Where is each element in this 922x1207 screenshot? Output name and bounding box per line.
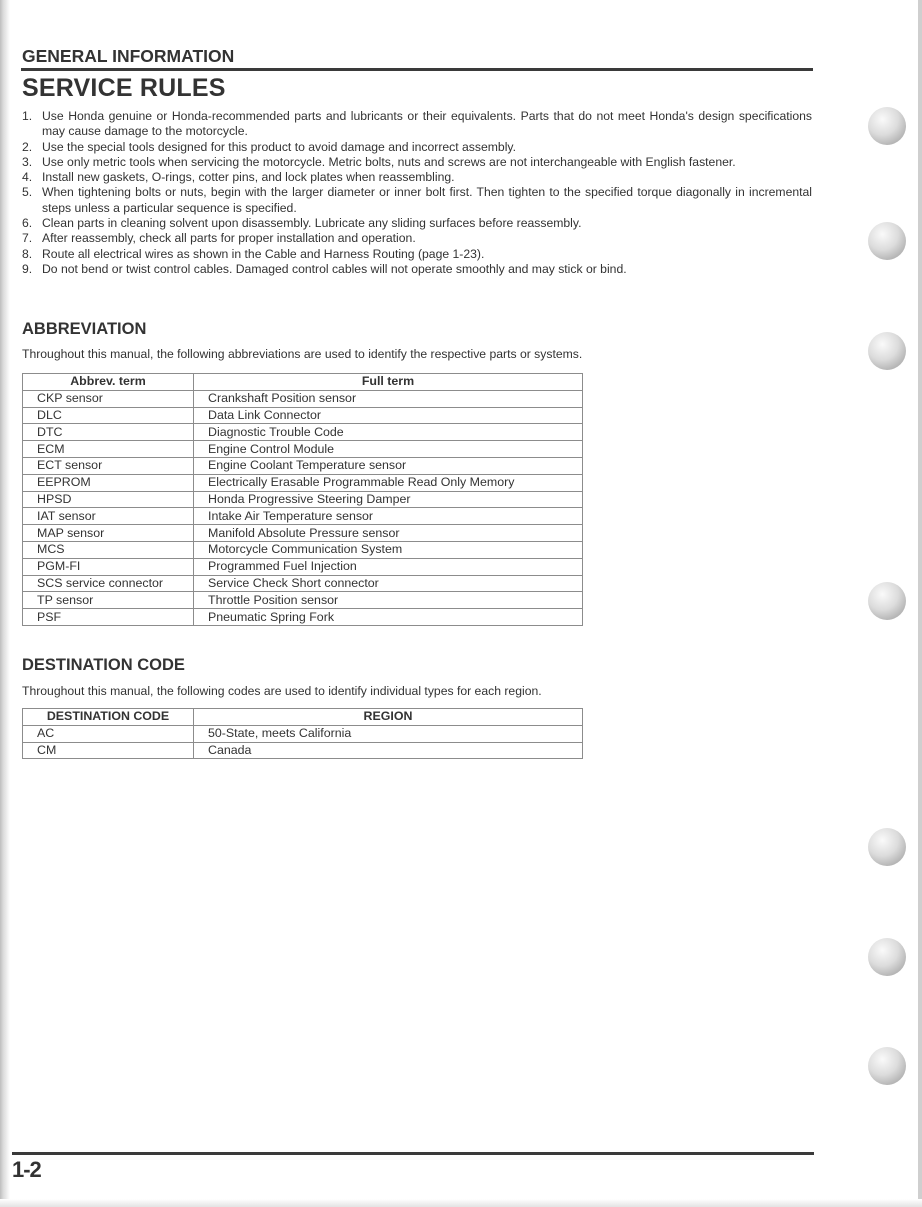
value-cell: Crankshaft Position sensor [194, 390, 583, 407]
rule-number: 5. [22, 185, 32, 200]
value-cell: Engine Control Module [194, 441, 583, 458]
rule-item: 4.Install new gaskets, O-rings, cotter p… [22, 170, 812, 185]
binder-hole-icon [868, 938, 906, 976]
table-row: TP sensorThrottle Position sensor [23, 592, 583, 609]
table-row: DTCDiagnostic Trouble Code [23, 424, 583, 441]
rule-number: 4. [22, 170, 32, 185]
rule-text: Install new gaskets, O-rings, cotter pin… [42, 170, 455, 184]
rule-number: 8. [22, 247, 32, 262]
term-cell: PSF [23, 609, 194, 626]
table-row: MCSMotorcycle Communication System [23, 541, 583, 558]
binder-hole-icon [868, 107, 906, 145]
rule-number: 9. [22, 262, 32, 277]
rule-item: 5.When tightening bolts or nuts, begin w… [22, 185, 812, 216]
term-cell: CKP sensor [23, 390, 194, 407]
value-cell: 50-State, meets California [194, 725, 583, 742]
term-cell: TP sensor [23, 592, 194, 609]
table-row: ECT sensorEngine Coolant Temperature sen… [23, 457, 583, 474]
table-header-row: DESTINATION CODE REGION [23, 709, 583, 726]
rule-text: Route all electrical wires as shown in t… [42, 247, 484, 261]
binder-hole-icon [868, 582, 906, 620]
binder-hole-icon [868, 1047, 906, 1085]
table-row: PGM-FIProgrammed Fuel Injection [23, 558, 583, 575]
value-cell: Honda Progressive Steering Damper [194, 491, 583, 508]
value-cell: Motorcycle Communication System [194, 541, 583, 558]
term-cell: SCS service connector [23, 575, 194, 592]
table-row: HPSDHonda Progressive Steering Damper [23, 491, 583, 508]
value-cell: Pneumatic Spring Fork [194, 609, 583, 626]
table-row: EEPROMElectrically Erasable Programmable… [23, 474, 583, 491]
term-cell: DLC [23, 407, 194, 424]
term-cell: EEPROM [23, 474, 194, 491]
column-header: REGION [194, 709, 583, 726]
destination-code-intro: Throughout this manual, the following co… [22, 684, 542, 698]
term-cell: HPSD [23, 491, 194, 508]
rule-text: Use only metric tools when servicing the… [42, 155, 736, 169]
value-cell: Engine Coolant Temperature sensor [194, 457, 583, 474]
term-cell: IAT sensor [23, 508, 194, 525]
table-header-row: Abbrev. term Full term [23, 374, 583, 391]
abbreviation-table: Abbrev. term Full term CKP sensorCranksh… [22, 373, 583, 626]
rule-item: 7.After reassembly, check all parts for … [22, 231, 812, 246]
table-row: CMCanada [23, 742, 583, 759]
rule-text: Clean parts in cleaning solvent upon dis… [42, 216, 581, 230]
table-row: IAT sensorIntake Air Temperature sensor [23, 508, 583, 525]
value-cell: Data Link Connector [194, 407, 583, 424]
rule-number: 1. [22, 109, 32, 124]
rule-item: 3.Use only metric tools when servicing t… [22, 155, 812, 170]
value-cell: Diagnostic Trouble Code [194, 424, 583, 441]
rule-text: When tightening bolts or nuts, begin wit… [42, 185, 812, 214]
term-cell: ECM [23, 441, 194, 458]
term-cell: MAP sensor [23, 525, 194, 542]
abbreviation-intro: Throughout this manual, the following ab… [22, 347, 582, 361]
rule-item: 6.Clean parts in cleaning solvent upon d… [22, 216, 812, 231]
term-cell: ECT sensor [23, 457, 194, 474]
value-cell: Throttle Position sensor [194, 592, 583, 609]
table-row: DLCData Link Connector [23, 407, 583, 424]
page-number: 1-2 [12, 1157, 41, 1183]
value-cell: Programmed Fuel Injection [194, 558, 583, 575]
table-row: AC50-State, meets California [23, 725, 583, 742]
value-cell: Service Check Short connector [194, 575, 583, 592]
destination-code-heading: DESTINATION CODE [22, 656, 185, 675]
term-cell: CM [23, 742, 194, 759]
term-cell: PGM-FI [23, 558, 194, 575]
binder-hole-icon [868, 828, 906, 866]
rule-item: 1.Use Honda genuine or Honda-recommended… [22, 109, 812, 140]
value-cell: Canada [194, 742, 583, 759]
table-row: MAP sensorManifold Absolute Pressure sen… [23, 525, 583, 542]
column-header: Full term [194, 374, 583, 391]
value-cell: Manifold Absolute Pressure sensor [194, 525, 583, 542]
section-header: GENERAL INFORMATION [22, 46, 234, 67]
page-scan-edge-right [918, 0, 922, 1207]
destination-code-table: DESTINATION CODE REGION AC50-State, meet… [22, 708, 583, 759]
rule-text: After reassembly, check all parts for pr… [42, 231, 416, 245]
binder-hole-icon [868, 222, 906, 260]
rule-number: 6. [22, 216, 32, 231]
rule-text: Use Honda genuine or Honda-recommended p… [42, 109, 812, 138]
footer-rule [12, 1152, 814, 1155]
rule-text: Do not bend or twist control cables. Dam… [42, 262, 627, 276]
table-row: PSFPneumatic Spring Fork [23, 609, 583, 626]
rule-number: 3. [22, 155, 32, 170]
abbreviation-heading: ABBREVIATION [22, 320, 146, 339]
table-row: ECMEngine Control Module [23, 441, 583, 458]
service-rules-list: 1.Use Honda genuine or Honda-recommended… [22, 109, 812, 277]
rule-number: 7. [22, 231, 32, 246]
header-rule [21, 68, 813, 71]
term-cell: DTC [23, 424, 194, 441]
page-title: SERVICE RULES [22, 74, 226, 103]
rule-item: 9.Do not bend or twist control cables. D… [22, 262, 812, 277]
value-cell: Intake Air Temperature sensor [194, 508, 583, 525]
rule-text: Use the special tools designed for this … [42, 140, 516, 154]
column-header: Abbrev. term [23, 374, 194, 391]
rule-item: 8.Route all electrical wires as shown in… [22, 247, 812, 262]
table-row: CKP sensorCrankshaft Position sensor [23, 390, 583, 407]
term-cell: MCS [23, 541, 194, 558]
rule-number: 2. [22, 140, 32, 155]
column-header: DESTINATION CODE [23, 709, 194, 726]
binder-hole-icon [868, 332, 906, 370]
page-scan-edge [0, 0, 10, 1207]
value-cell: Electrically Erasable Programmable Read … [194, 474, 583, 491]
table-row: SCS service connectorService Check Short… [23, 575, 583, 592]
term-cell: AC [23, 725, 194, 742]
rule-item: 2.Use the special tools designed for thi… [22, 140, 812, 155]
page-scan-edge-bottom [0, 1199, 922, 1207]
